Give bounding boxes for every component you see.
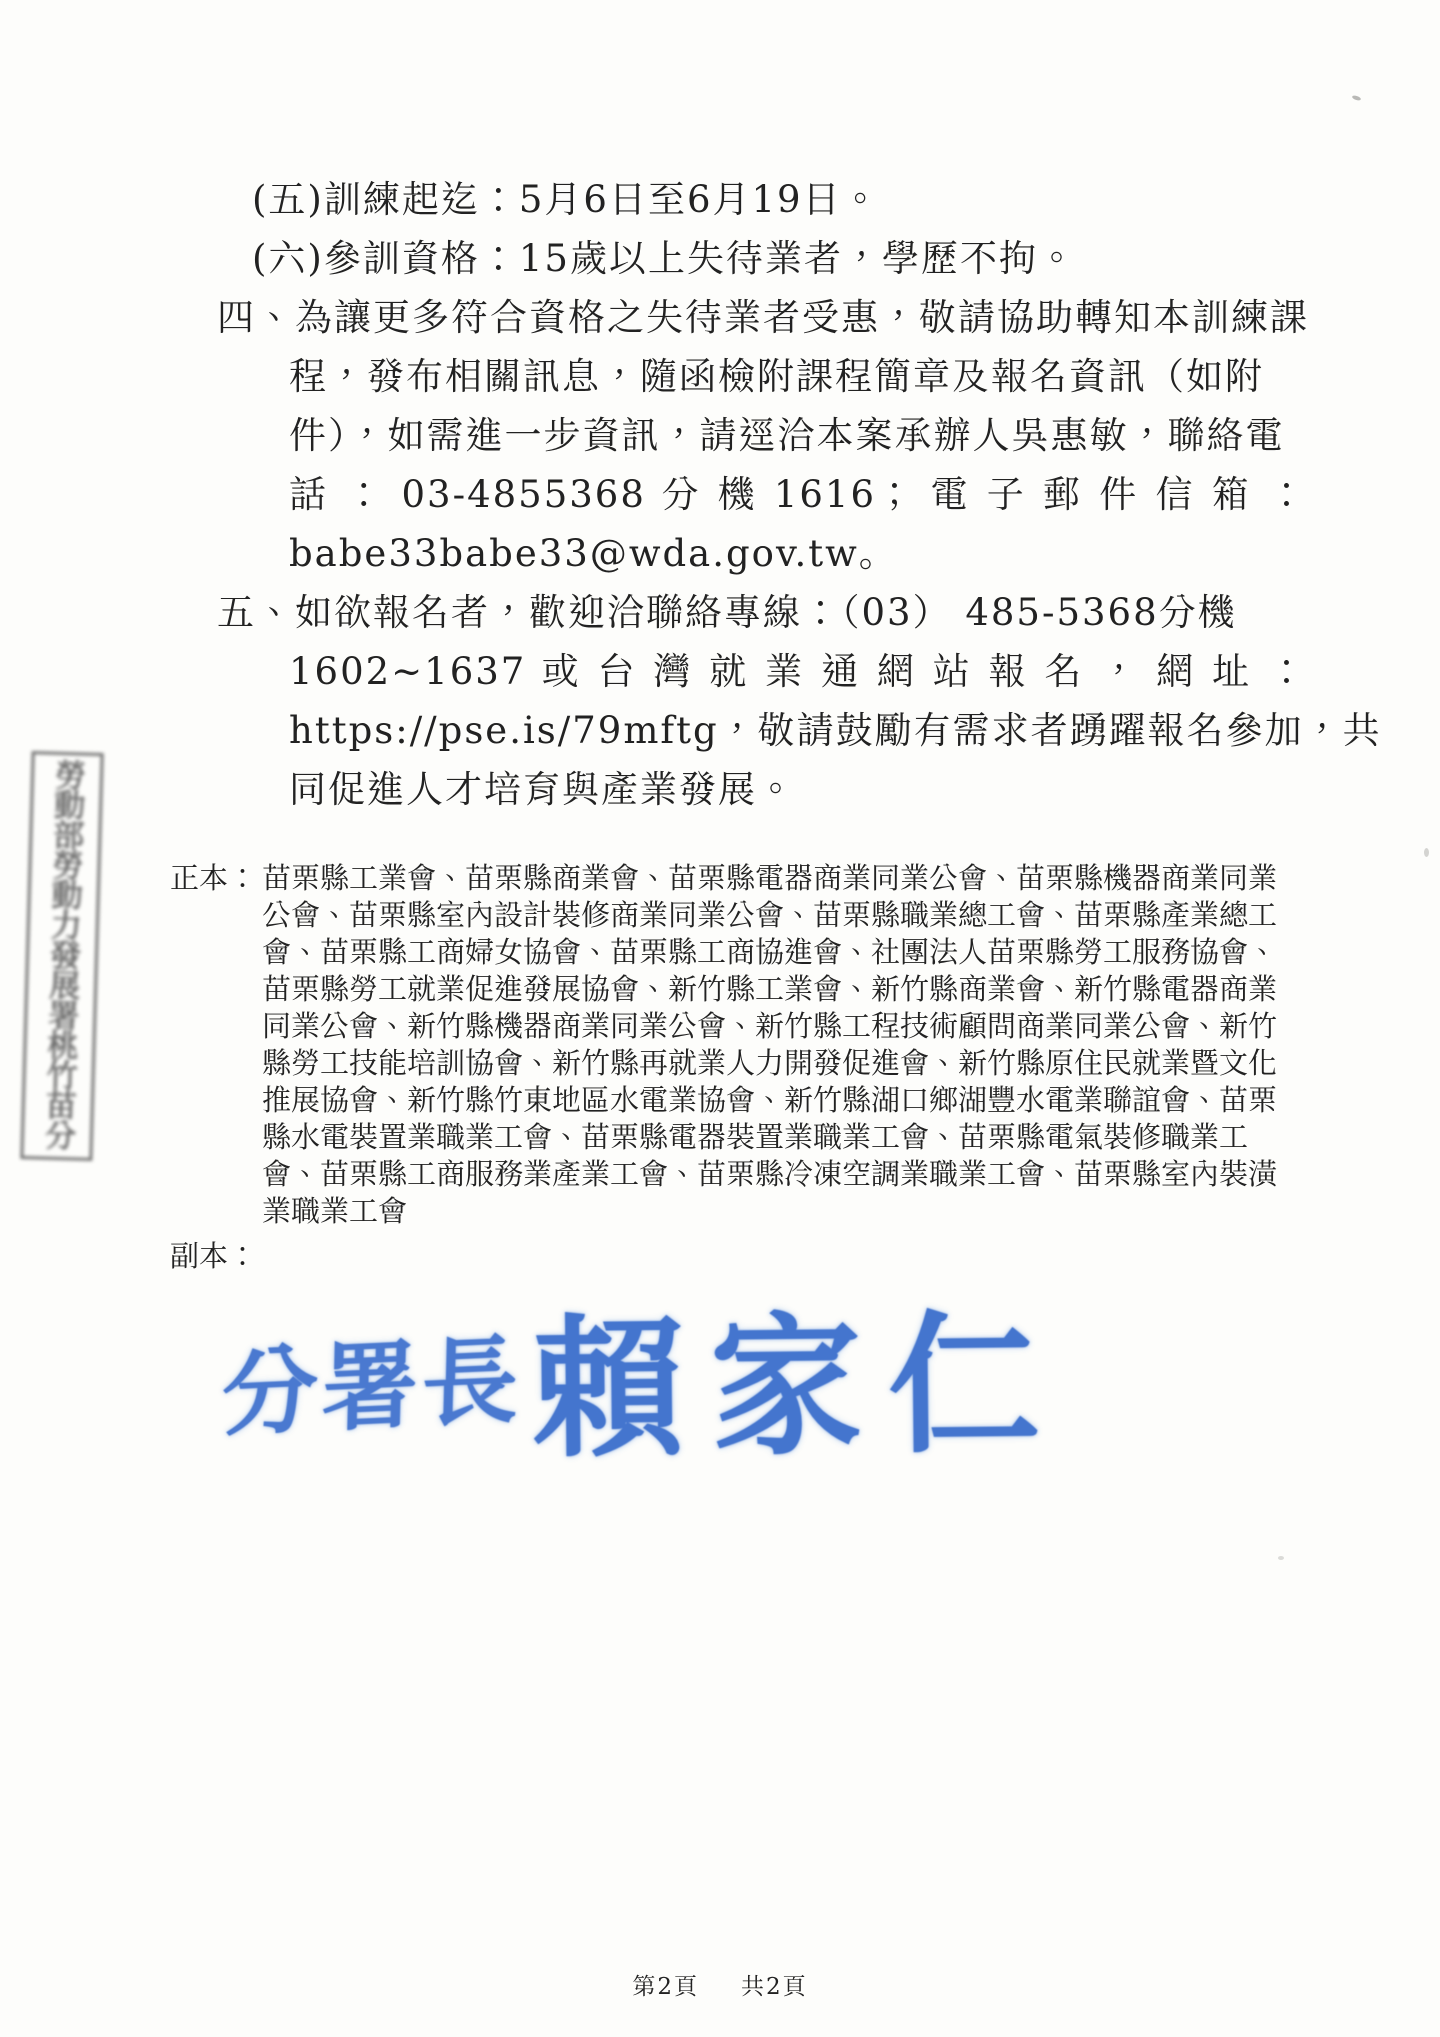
page-total: 共2頁 [741,1974,808,2000]
body-line: 四、為讓更多符合資格之失待業者受惠，敬請協助轉知本訓練課 [0,288,1440,347]
scan-speck [1424,848,1429,857]
body-line: 話 ： 03-4855368 分 機 1616； 電 子 郵 件 信 箱 ： [0,465,1307,524]
official-seal-stamp: 勞動部勞動力發展署桃竹苗分署 [20,751,103,1161]
cc-recipient-list: 苗栗縣工業會、苗栗縣商業會、苗栗縣電器商業同業公會、苗栗縣機器商業同業 公會、苗… [262,860,1324,1230]
body-line: 五、如欲報名者，歡迎洽聯絡專線：（03） 485-5368分機 [0,583,1440,642]
body-line: (六)參訓資格：15歲以上失待業者，學歷不拘。 [0,229,1440,288]
cc-line: 苗栗縣工業會、苗栗縣商業會、苗栗縣電器商業同業公會、苗栗縣機器商業同業 [262,860,1324,897]
cc-line: 縣水電裝置業職業工會、苗栗縣電器裝置業職業工會、苗栗縣電氣裝修職業工 [262,1119,1324,1156]
cc-line: 公會、苗栗縣室內設計裝修商業同業公會、苗栗縣職業總工會、苗栗縣產業總工 [262,897,1324,934]
scan-speck [1352,95,1362,102]
director-signature-stamp: 分署長 賴家仁 [221,1278,903,1475]
body-line: (五)訓練起迄：5月6日至6月19日。 [0,170,1440,229]
cc-line: 會、苗栗縣工商服務業產業工會、苗栗縣冷凍空調業職業工會、苗栗縣室內裝潢 [262,1156,1324,1193]
cc-line: 會、苗栗縣工商婦女協會、苗栗縣工商協進會、社團法人苗栗縣勞工服務協會、 [262,934,1324,971]
body-line: 1602~1637 或 台 灣 就 業 通 網 站 報 名 ， 網 址 ： [0,642,1307,701]
body-line: babe33babe33@wda.gov.tw。 [0,524,1440,583]
scanned-letter-page: (五)訓練起迄：5月6日至6月19日。 (六)參訓資格：15歲以上失待業者，學歷… [0,0,1440,2037]
page-footer: 第2頁共2頁 [0,1968,1440,2001]
body-line: 同促進人才培育與產業發展。 [0,760,1440,819]
cc-line: 業職業工會 [262,1193,1324,1230]
cc-label: 正本： [170,860,257,897]
signature-title: 分署長 [220,1304,524,1455]
cc2-label: 副本： [170,1234,257,1275]
cc-line: 同業公會、新竹縣機器商業同業公會、新竹縣工程技術顧問商業同業公會、新竹 [262,1008,1324,1045]
scan-speck [1278,1556,1284,1560]
cc-line: 苗栗縣勞工就業促進發展協會、新竹縣工業會、新竹縣商業會、新竹縣電器商業 [262,971,1324,1008]
body-line: 程，發布相關訊息，隨函檢附課程簡章及報名資訊（如附 [0,347,1440,406]
page-number: 第2頁 [632,1974,699,2000]
signature-name: 賴家仁 [531,1263,1067,1487]
body-line: 件），如需進一步資訊，請逕洽本案承辦人吳惠敏，聯絡電 [0,406,1440,465]
body-line: https://pse.is/79mftg，敬請鼓勵有需求者踴躍報名參加，共 [0,701,1440,760]
cc-line: 縣勞工技能培訓協會、新竹縣再就業人力開發促進會、新竹縣原住民就業暨文化 [262,1045,1324,1082]
letter-body: (五)訓練起迄：5月6日至6月19日。 (六)參訓資格：15歲以上失待業者，學歷… [0,170,1440,819]
cc-line: 推展協會、新竹縣竹東地區水電業協會、新竹縣湖口鄉湖豐水電業聯誼會、苗栗 [262,1082,1324,1119]
